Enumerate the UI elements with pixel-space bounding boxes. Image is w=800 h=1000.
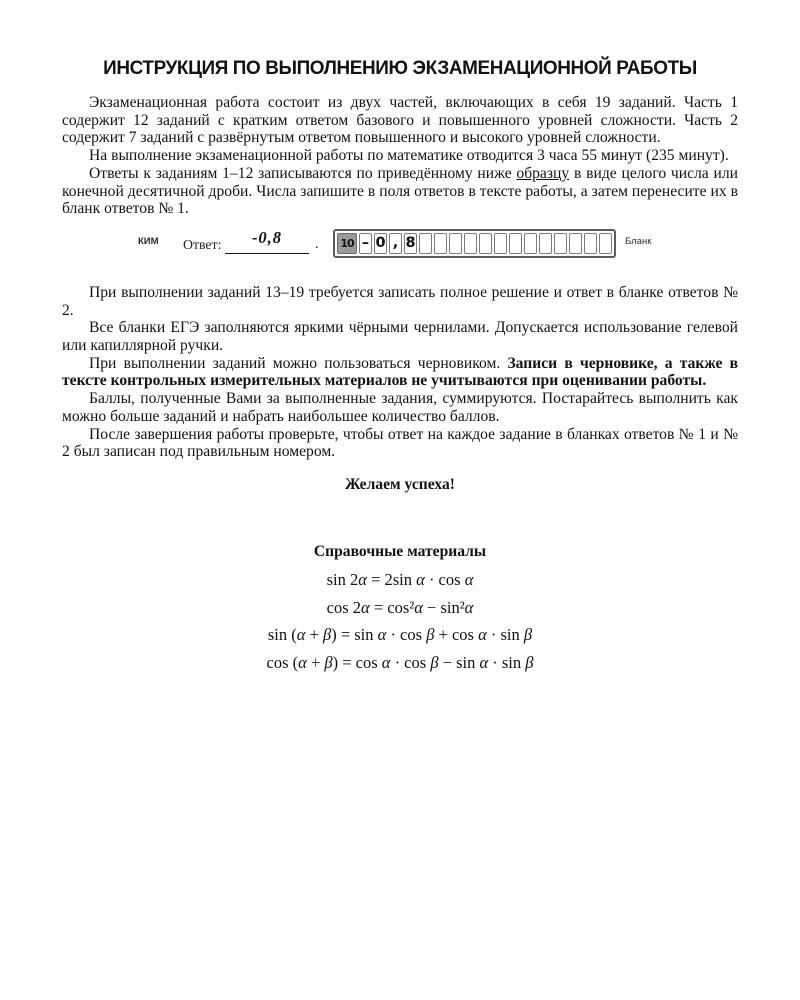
- answer-cell: [434, 233, 447, 254]
- formula: sin (α + β) = sin α · cos β + cos α · si…: [62, 621, 738, 649]
- formula-list: sin 2α = 2sin α · cos αcos 2α = cos²α − …: [62, 566, 738, 676]
- answer-cell: [509, 233, 522, 254]
- formula: cos 2α = cos²α − sin²α: [62, 594, 738, 622]
- answer-cell: [569, 233, 582, 254]
- answer-period: .: [315, 237, 319, 253]
- answer-cell: [539, 233, 552, 254]
- answer-cell: [449, 233, 462, 254]
- paragraph-answer-format: Ответы к заданиям 1–12 записываются по п…: [62, 165, 738, 218]
- answer-cell: [524, 233, 537, 254]
- underlined-word-obraztsu: образцу: [516, 165, 569, 182]
- paragraph-draft: При выполнении заданий можно пользоватьс…: [62, 355, 738, 390]
- formula: sin 2α = 2sin α · cos α: [62, 566, 738, 594]
- kim-label: КИМ: [138, 236, 159, 247]
- answer-cell: [479, 233, 492, 254]
- answer-cell: [464, 233, 477, 254]
- answer-label: Ответ:: [183, 237, 221, 253]
- page-title: ИНСТРУКЦИЯ ПО ВЫПОЛНЕНИЮ ЭКЗАМЕНАЦИОННОЙ…: [72, 57, 728, 80]
- good-luck-line: Желаем успеха!: [62, 476, 738, 494]
- handwritten-answer-value: -0,8: [225, 228, 309, 254]
- answer-cell: [419, 233, 432, 254]
- answer-sample-figure: КИМ Ответ: -0,8 . 10–0,8 Бланк: [62, 225, 738, 273]
- paragraph-ink: Все бланки ЕГЭ заполняются яркими чёрным…: [62, 319, 738, 354]
- blank-label: Бланк: [625, 236, 651, 247]
- answer-cell: 8: [404, 233, 417, 254]
- answer-strip: 10–0,8: [333, 229, 616, 258]
- paragraph-duration: На выполнение экзаменационной работы по …: [62, 147, 738, 165]
- answer-cell: [599, 233, 612, 254]
- formula: cos (α + β) = cos α · cos β − sin α · si…: [62, 649, 738, 677]
- paragraph-structure: Экзаменационная работа состоит из двух ч…: [62, 94, 738, 147]
- answer-cell: 0: [374, 233, 387, 254]
- answer-cell: [554, 233, 567, 254]
- answer-cell: [494, 233, 507, 254]
- paragraph-part2-answers: При выполнении заданий 13–19 требуется з…: [62, 284, 738, 319]
- paragraph-answer-format-start: Ответы к заданиям 1–12 записываются по п…: [89, 165, 516, 182]
- answer-cell: ,: [389, 233, 402, 254]
- instruction-page: ИНСТРУКЦИЯ ПО ВЫПОЛНЕНИЮ ЭКЗАМЕНАЦИОННОЙ…: [62, 0, 738, 676]
- reference-materials-title: Справочные материалы: [62, 543, 738, 561]
- answer-cell: –: [359, 233, 372, 254]
- answer-cell: [584, 233, 597, 254]
- answer-cell: 10: [337, 233, 357, 254]
- paragraph-check: После завершения работы проверьте, чтобы…: [62, 426, 738, 461]
- paragraph-scores: Баллы, полученные Вами за выполненные за…: [62, 390, 738, 425]
- paragraph-draft-normal: При выполнении заданий можно пользоватьс…: [89, 355, 507, 372]
